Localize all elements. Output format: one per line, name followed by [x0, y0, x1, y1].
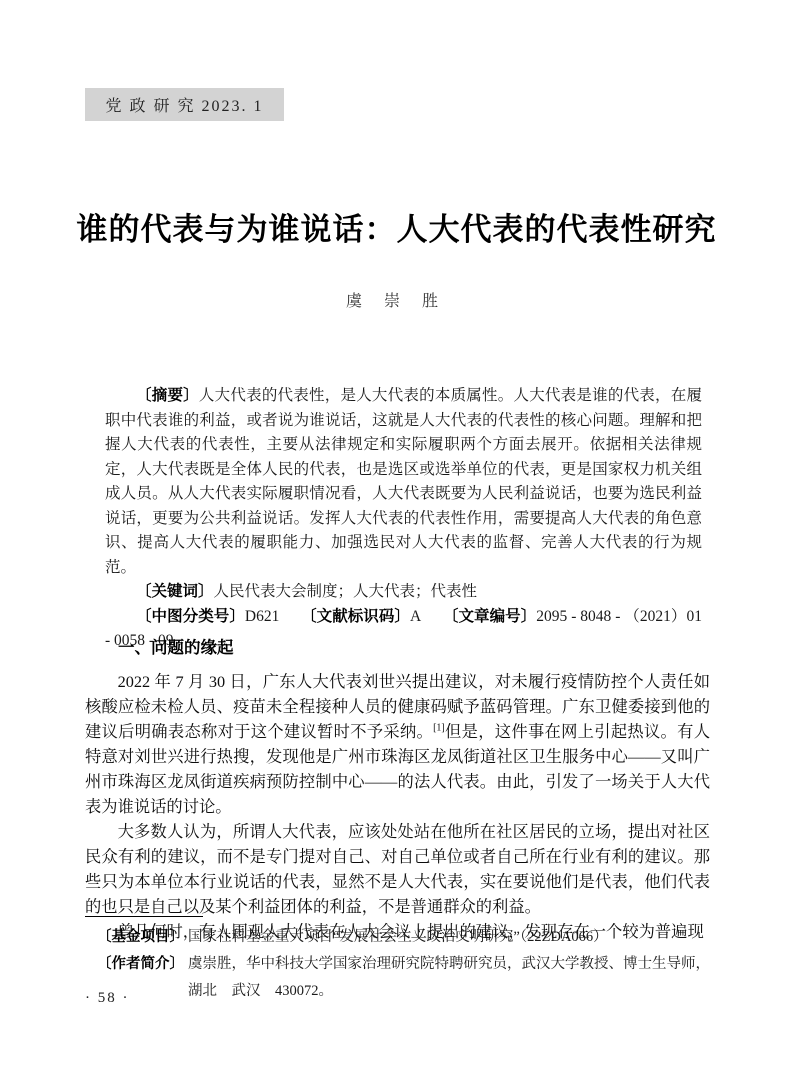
paper-page: 党 政 研 究 2023. 1 谁的代表与为谁说话：人大代表的代表性研究 虞 崇… — [0, 0, 793, 1077]
abstract-block: 〔摘要〕人大代表的代表性，是人大代表的本质属性。人大代表是谁的代表，在履职中代表… — [105, 384, 702, 654]
page-title: 谁的代表与为谁说话：人大代表的代表性研究 — [0, 204, 793, 249]
article-body: 一、问题的缘起 2022 年 7 月 30 日，广东人大代表刘世兴提出建议，对未… — [85, 636, 710, 944]
keywords-label: 〔关键词〕 — [136, 583, 214, 600]
clc-label: 〔中图分类号〕 — [136, 608, 245, 625]
abstract-label: 〔摘要〕 — [136, 387, 199, 404]
journal-header-badge: 党 政 研 究 2023. 1 — [85, 88, 284, 121]
body-paragraph-1: 2022 年 7 月 30 日，广东人大代表刘世兴提出建议，对未履行疫情防控个人… — [85, 669, 710, 819]
clc-value: D621 — [245, 608, 279, 625]
author-name: 虞 崇 胜 — [0, 288, 793, 311]
fund-project-label: 〔基金项目〕 — [97, 924, 184, 951]
section-heading-1: 一、问题的缘起 — [85, 636, 710, 660]
footnote-area: 〔基金项目〕国家社科基金重大项目“发展社会主义政治文明研究”（22ZDA066）… — [85, 916, 710, 1005]
doc-code-value: A — [410, 608, 421, 625]
author-bio-text: 虞崇胜，华中科技大学国家治理研究院特聘研究员，武汉大学教授、博士生导师，湖北 武… — [188, 956, 710, 999]
keywords-line: 〔关键词〕人民代表大会制度；人大代表；代表性 — [105, 580, 702, 605]
page-number: · 58 · — [85, 990, 130, 1007]
fund-project-note: 〔基金项目〕国家社科基金重大项目“发展社会主义政治文明研究”（22ZDA066） — [85, 924, 710, 951]
author-bio-label: 〔作者简介〕 — [97, 951, 184, 978]
journal-header-text: 党 政 研 究 2023. 1 — [105, 93, 263, 116]
doc-code-label: 〔文献标识码〕 — [301, 608, 410, 625]
footnote-separator-rule — [85, 916, 203, 917]
abstract-text: 人大代表的代表性，是人大代表的本质属性。人大代表是谁的代表，在履职中代表谁的利益… — [105, 387, 702, 576]
body-paragraph-2: 大多数人认为，所谓人大代表，应该处处站在他所在社区居民的立场，提出对社区民众有利… — [85, 819, 710, 919]
author-bio-note: 〔作者简介〕虞崇胜，华中科技大学国家治理研究院特聘研究员，武汉大学教授、博士生导… — [85, 951, 710, 1005]
article-id-label: 〔文章编号〕 — [443, 608, 536, 625]
fund-project-text: 国家社科基金重大项目“发展社会主义政治文明研究”（22ZDA066） — [188, 929, 608, 945]
abstract-paragraph: 〔摘要〕人大代表的代表性，是人大代表的本质属性。人大代表是谁的代表，在履职中代表… — [105, 384, 702, 580]
footnote-ref-1: [1] — [433, 723, 445, 734]
keywords-text: 人民代表大会制度；人大代表；代表性 — [214, 583, 478, 600]
